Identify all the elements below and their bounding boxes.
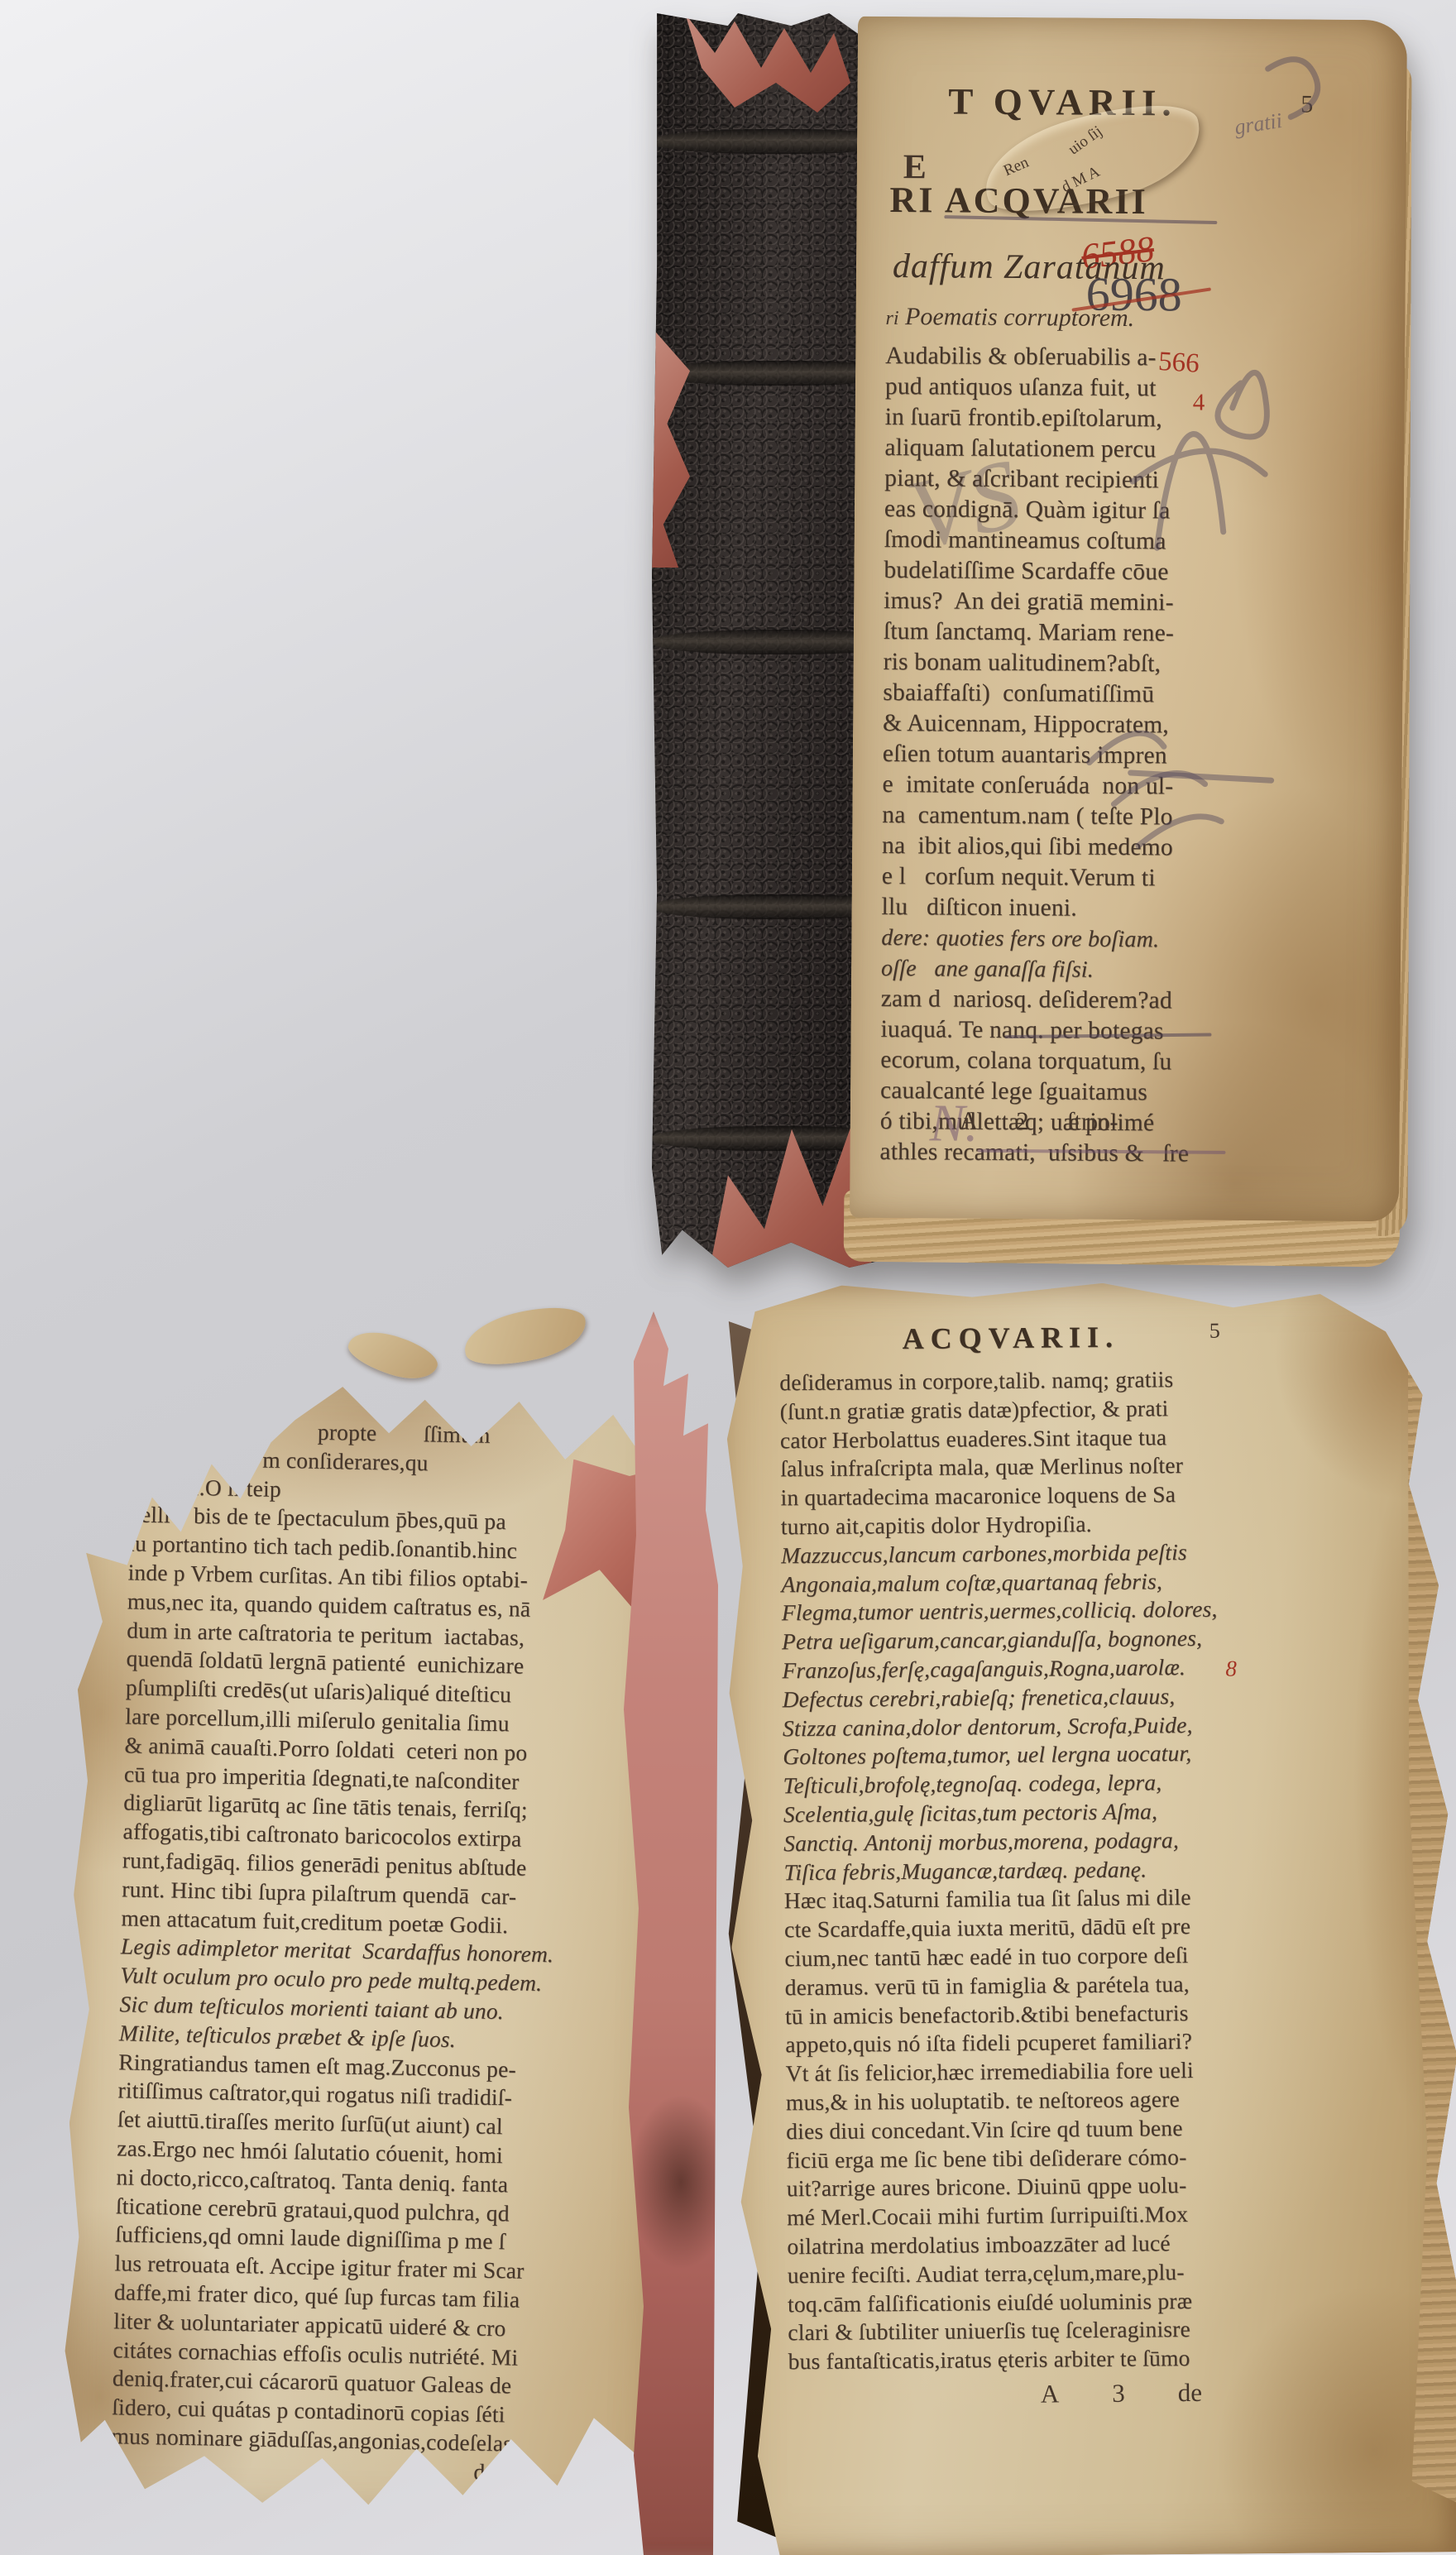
text-line: cator Herbolattus euaderes.Sint itaque t… xyxy=(780,1422,1243,1455)
scrap-text-2: uio ſij xyxy=(1066,122,1106,159)
margin-red-mark: 8 xyxy=(1225,1656,1237,1681)
text-line: dies diui concedant.Vin ſcire qd tuum be… xyxy=(786,2113,1249,2146)
text-line: Angonaia,malum coſtæ,quartanaq febris, xyxy=(781,1566,1244,1599)
text-line: deſi- xyxy=(111,2451,575,2489)
text-line: mus,& in his uoluptatib. te neſtoreos ag… xyxy=(786,2084,1249,2117)
text-line: oſſe ane ganaſſa fiſsi. xyxy=(881,953,1295,986)
signature-number: 2 xyxy=(1016,1106,1029,1136)
text-line: ſtum ſanctamq. Mariam rene- xyxy=(884,616,1297,650)
spine-damage-top xyxy=(685,13,850,113)
subtitle-line: ri Poematis corruptorem. xyxy=(885,303,1134,333)
subtitle-prefix: ri xyxy=(885,308,898,329)
text-line: Petra ueſigarum,cancar,gianduſſa, bognon… xyxy=(782,1624,1245,1657)
text-line: llu diſticon inueni. xyxy=(881,892,1295,925)
text-line: Hæc itaq.Saturni familia tua ſit ſalus m… xyxy=(784,1883,1248,1916)
signature-mark: A xyxy=(960,1106,979,1136)
photo-canvas: T QVARII. 5 gratii E RI ACQVARII 6588 da… xyxy=(0,0,1456,2555)
text-line: Franzoſus,ferſę,cagaſanguis,Rogna,uarolæ… xyxy=(782,1652,1245,1685)
text-line: toq.cām falſificationis eiuſdé uoluminis… xyxy=(788,2286,1251,2319)
text-line: piant, & aſcribant recipienti xyxy=(884,463,1298,496)
closed-book-photo: T QVARII. 5 gratii E RI ACQVARII 6588 da… xyxy=(637,12,1415,1277)
page-number: 5 xyxy=(1300,90,1313,118)
text-line: cium,nec tantū hæc eadé in tuo corpore d… xyxy=(784,1940,1248,1973)
text-line: Tiſica febris,Mugancæ,tardæq. pedanę. xyxy=(783,1854,1247,1887)
torn-fragment xyxy=(344,1323,443,1388)
text-line: Scelentia,gulę ſicitas,tum pectoris Aſma… xyxy=(783,1796,1247,1829)
text-line: e imitate conſeruáda non ul- xyxy=(882,769,1296,803)
scrap-text-1: Ren xyxy=(1001,154,1032,180)
text-line: mé Merl.Cocaii mihi furtim ſurripuiſti.M… xyxy=(787,2199,1250,2232)
text-line: ſmodi mantineamus coſtuma xyxy=(884,525,1298,558)
text-line: Flegma,tumor uentris,uermes,colliciq. do… xyxy=(782,1595,1245,1628)
text-line: eas condignā. Quàm igitur ſa xyxy=(884,494,1298,527)
text-line: deramus. verū tū in famiglia & parétela … xyxy=(785,1969,1248,2002)
text-line: turno ait,capitis dolor Hydropiſia. xyxy=(781,1508,1244,1541)
text-line: ris bonam ualitudinem?abſt, xyxy=(883,647,1296,680)
text-line: na ibit alios,qui ſibi medemo xyxy=(882,831,1296,864)
text-line: in ſuarū frontib.epiſtolarum, xyxy=(885,402,1299,435)
text-line: (ſunt.n gratiæ gratis datæ)pfectior, & p… xyxy=(779,1393,1243,1426)
open-book-photo: propte ſſimumm conſiderares,quar.O ſi te… xyxy=(0,1278,1456,2555)
text-line: zam d nariosq. deſiderem?ad xyxy=(881,984,1295,1017)
signature-row: A 2 ſtrin- xyxy=(960,1106,1257,1138)
torn-fragment xyxy=(459,1299,591,1373)
right-page: ACQVARII. deſideramus in corpore,talib. … xyxy=(726,1280,1456,2555)
catchword: ſtrin- xyxy=(1067,1106,1118,1136)
running-header: ACQVARII. xyxy=(779,1318,1243,1357)
text-line: Mazzuccus,lancum carbones,morbida peſtis xyxy=(781,1537,1244,1570)
text-line: ficiū erga me ſic bene tibi deſiderare c… xyxy=(786,2142,1249,2175)
text-line: e l corſum nequit.Verum ti xyxy=(882,861,1296,894)
text-line: Stizza canina,dolor dentorum, Scrofa,Pui… xyxy=(783,1710,1246,1743)
text-line: sbaiaffaſti) conſumatiſſimū xyxy=(883,678,1296,711)
text-line: dere: quoties fers ore boſiam. xyxy=(881,923,1295,956)
handwriting-gratii: gratii xyxy=(1233,108,1284,140)
text-line: deſideramus in corpore,talib. namq; grat… xyxy=(779,1364,1243,1397)
text-line: bus fantaſticatis,iratus ęteris arbiter … xyxy=(788,2343,1252,2376)
catchword: de xyxy=(1178,2378,1203,2408)
text-line: eſien totum auantaris impren xyxy=(883,739,1296,772)
text-line: Vt át ſis felicior,hæc irremediabilia fo… xyxy=(785,2055,1248,2088)
title-page-content: T QVARII. 5 gratii E RI ACQVARII 6588 da… xyxy=(879,17,1351,1221)
right-page-body: deſideramus in corpore,talib. namq; grat… xyxy=(779,1364,1252,2376)
text-line: Audabilis & obſeruabilis a- xyxy=(885,341,1299,374)
title-page: T QVARII. 5 gratii E RI ACQVARII 6588 da… xyxy=(850,17,1407,1222)
text-line: clari & ſubtiliter uniuerſis tuę ſcelera… xyxy=(788,2315,1251,2348)
text-line: budelatiſſime Scardaffe cōue xyxy=(884,555,1297,588)
text-line: imus? An dei gratiā memini- xyxy=(884,586,1297,619)
text-line: oilatrina merdolatius imboazzāter ad luc… xyxy=(787,2228,1250,2261)
text-line: propte ſſimum xyxy=(131,1414,595,1452)
right-page-text: ACQVARII. deſideramus in corpore,talib. … xyxy=(779,1318,1252,2411)
text-line: Sanctiq. Antonij morbus,morena, podagra, xyxy=(783,1825,1247,1858)
text-line: aliquam ſalutationem percu xyxy=(884,433,1298,466)
title-page-body: Audabilis & obſeruabilis a-pud antiquos … xyxy=(879,341,1299,1170)
text-line: ecorum, colana torquatum, ſu xyxy=(880,1045,1294,1078)
text-line: Defectus cerebri,rabieſq; frenetica,clau… xyxy=(783,1681,1246,1714)
text-line: tū in amicis benefactorib.&tibi benefact… xyxy=(785,1998,1248,2031)
signature-mark: A xyxy=(1041,2379,1060,2409)
text-line: Teſticuli,brofolę,tegnoſaq. codega, lepr… xyxy=(783,1768,1246,1801)
text-line: ſalus infraſcripta mala, quæ Merlinus no… xyxy=(780,1451,1243,1484)
left-page-text: propte ſſimumm conſiderares,quar.O ſi te… xyxy=(111,1414,595,2488)
fore-edge-pages xyxy=(1390,1313,1456,2505)
text-line: uit?arrige aures bricone. Diuinū qppe uo… xyxy=(787,2171,1250,2204)
text-line: & Auicennam, Hippocratem, xyxy=(883,708,1296,741)
page-number: 5 xyxy=(1209,1319,1220,1344)
text-line: iuaquá. Te nanq. per botegas xyxy=(880,1014,1294,1047)
signature-row: A 3 de xyxy=(788,2377,1252,2411)
signature-number: 3 xyxy=(1112,2379,1125,2409)
text-line: na camentum.nam ( teſte Plo xyxy=(882,800,1296,833)
subtitle-text: Poematis corruptorem. xyxy=(905,303,1134,332)
text-line: cte Scardaffe,quia iuxta meritū, dādū eſ… xyxy=(784,1912,1248,1945)
left-page: propte ſſimumm conſiderares,quar.O ſi te… xyxy=(62,1370,673,2521)
text-line: uenire feciſti. Audiat terra,cęlum,mare,… xyxy=(788,2257,1251,2290)
text-line: Goltones poſtema,tumor, uel lergna uocat… xyxy=(783,1739,1246,1772)
text-line: pud antiquos uſanza fuit, ut xyxy=(885,372,1299,405)
text-line: in quartadecima macaronice loquens de Sa xyxy=(780,1480,1243,1513)
text-line: appeto,quis nó iſta fideli pcuperet fami… xyxy=(785,2027,1248,2060)
scrap-text-3: d M A xyxy=(1059,163,1103,197)
